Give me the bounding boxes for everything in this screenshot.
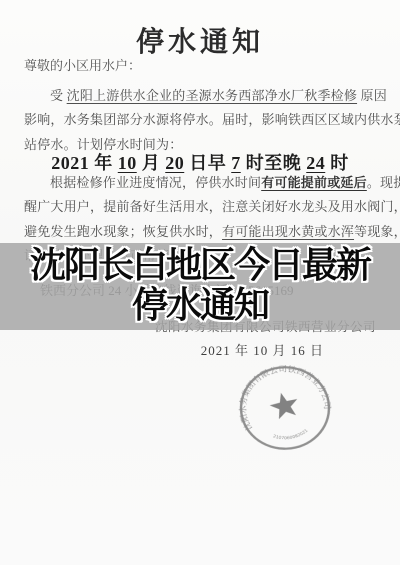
- body-line: 受 沈阳上游供水企业的圣源水务西部净水厂秋季检修 原因: [24, 84, 382, 108]
- water-outage-notice-photo: 停水通知 尊敬的小区用水户： 受 沈阳上游供水企业的圣源水务西部净水厂秋季检修 …: [0, 0, 400, 565]
- headline-line-1: 沈阳长白地区今日最新: [0, 246, 400, 286]
- text-run: 根据检修作业进度情况，停供水时间: [50, 175, 261, 190]
- underlined-text: 有可能出现水黄或水浑: [222, 224, 354, 239]
- text-run: 时: [325, 153, 349, 173]
- text-run: 2021 年: [51, 153, 118, 173]
- body-line: 醒广大用户，提前备好生活用水，注意关闭好水龙头及用水阀门，: [24, 195, 382, 219]
- bold-underlined-text: 有可能提前或延后: [261, 175, 367, 190]
- body-line: 根据检修作业进度情况，停供水时间有可能提前或延后。现提: [24, 171, 382, 195]
- star-icon: [267, 390, 301, 421]
- headline-overlay: 沈阳长白地区今日最新 停水通知: [0, 246, 400, 326]
- underlined-text: 沈阳上游供水企业的圣源水务西部净水厂秋季检修: [67, 88, 357, 103]
- body-line: 影响，水务集团部分水源将停水。届时，影响铁西区区域内供水泵: [24, 108, 382, 132]
- svg-text:2107060082021: 2107060082021: [271, 426, 310, 444]
- text-run: 原因: [357, 88, 387, 103]
- underlined-number: 7: [231, 153, 241, 173]
- text-run: 月: [137, 153, 166, 173]
- text-run: 。现提: [367, 175, 400, 190]
- company-seal: 沈阳水务集团有限公司铁西营业分公司 2107060082021: [222, 349, 349, 466]
- underlined-number: 20: [165, 153, 184, 173]
- headline-line-2: 停水通知: [0, 286, 400, 326]
- underlined-number: 24: [306, 153, 325, 173]
- underlined-number: 10: [118, 153, 137, 173]
- text-run: 等现象，: [354, 224, 400, 239]
- text-run: 时至晚: [241, 153, 307, 173]
- text-run: 日早: [184, 153, 231, 173]
- seal-serial-number: 2107060082021: [271, 426, 310, 444]
- notice-title: 停水通知: [0, 20, 400, 60]
- salutation-line: 尊敬的小区用水户：: [24, 55, 141, 74]
- paragraph-1: 受 沈阳上游供水企业的圣源水务西部净水厂秋季检修 原因 影响，水务集团部分水源将…: [24, 84, 382, 157]
- text-run: 受: [50, 88, 67, 103]
- body-line: 避免发生跑水现象；恢复供水时，有可能出现水黄或水浑等现象，: [24, 220, 382, 244]
- text-run: 避免发生跑水现象；恢复供水时，: [24, 224, 222, 239]
